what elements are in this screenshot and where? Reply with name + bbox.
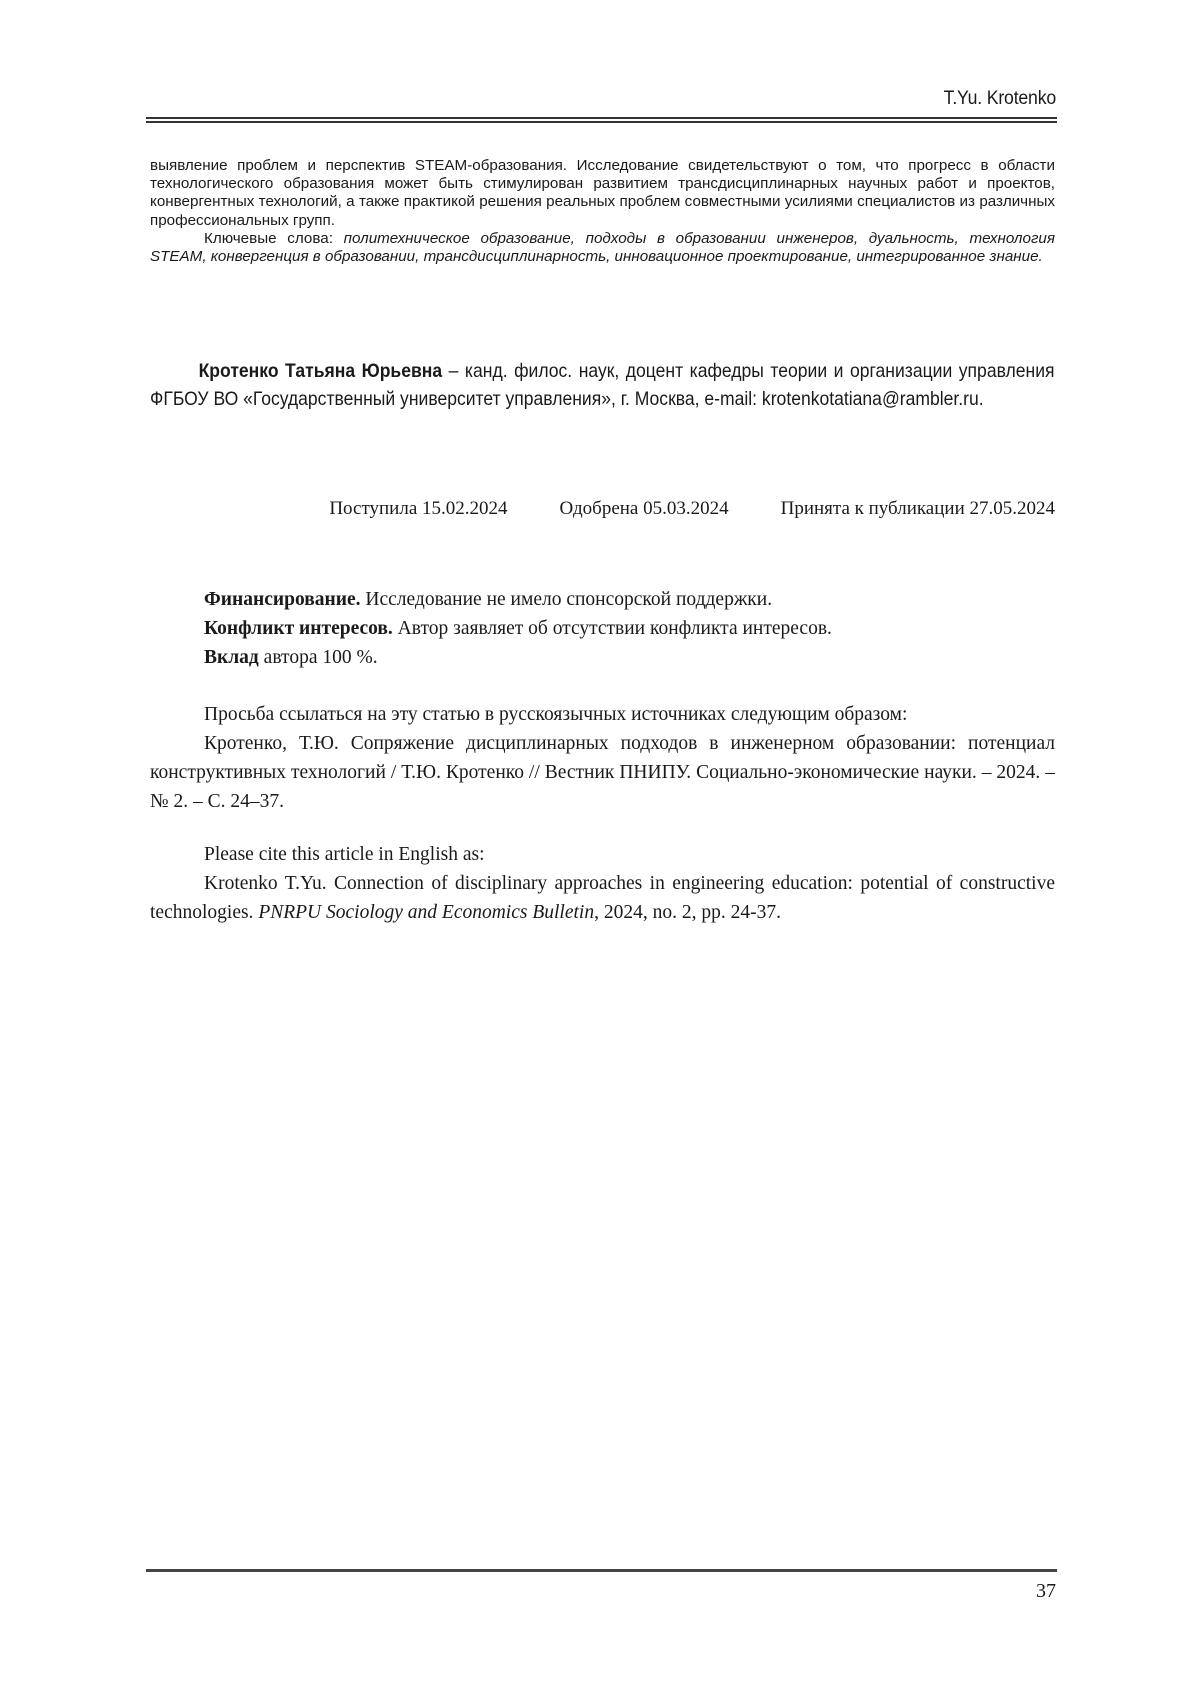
abstract-section: выявление проблем и перспектив STEAM-обр… — [150, 157, 1055, 266]
footer-rule — [146, 1569, 1057, 1572]
citation-en-intro: Please cite this article in English as: — [150, 840, 1055, 869]
publication-dates: Поступила 15.02.2024 Одобрена 05.03.2024… — [150, 498, 1055, 520]
document-page: T.Yu. Krotenko выявление проблем и персп… — [0, 0, 1200, 1705]
citation-russian: Просьба ссылаться на эту статью в русско… — [150, 700, 1055, 816]
contribution-line: Вклад автора 100 %. — [204, 643, 832, 672]
author-info: Кротенко Татьяна Юрьевна – канд. филос. … — [150, 358, 1055, 413]
funding-line: Финансирование. Исследование не имело сп… — [204, 585, 832, 614]
keywords-label: Ключевые слова: — [204, 230, 344, 247]
page-number: 37 — [146, 1580, 1056, 1603]
date-received: Поступила 15.02.2024 — [329, 498, 507, 520]
funding-text: Исследование не имело спонсорской поддер… — [361, 589, 773, 610]
date-accepted: Принята к публикации 27.05.2024 — [781, 498, 1055, 520]
header-double-rule — [146, 117, 1057, 123]
conflict-text: Автор заявляет об отсутствии конфликта и… — [393, 618, 832, 639]
citation-ru-reference: Кротенко, Т.Ю. Сопряжение дисциплинарных… — [150, 729, 1055, 816]
date-approved: Одобрена 05.03.2024 — [560, 498, 729, 520]
citation-ru-intro: Просьба ссылаться на эту статью в русско… — [150, 700, 1055, 729]
conflict-label: Конфликт интересов. — [204, 618, 393, 639]
citation-en-ref-end: , 2024, no. 2, pp. 24-37. — [594, 902, 781, 923]
abstract-text: выявление проблем и перспектив STEAM-обр… — [150, 157, 1055, 230]
contribution-label: Вклад — [204, 647, 259, 668]
author-name: Кротенко Татьяна Юрьевна — [199, 360, 443, 382]
citation-en-journal: PNRPU Sociology and Economics Bulletin — [258, 902, 594, 923]
running-head: T.Yu. Krotenko — [210, 88, 1056, 110]
conflict-line: Конфликт интересов. Автор заявляет об от… — [204, 614, 832, 643]
citation-en-reference: Krotenko T.Yu. Connection of disciplinar… — [150, 869, 1055, 927]
contribution-text: автора 100 %. — [259, 647, 378, 668]
article-info: Финансирование. Исследование не имело сп… — [204, 585, 832, 672]
citation-english: Please cite this article in English as: … — [150, 840, 1055, 927]
funding-label: Финансирование. — [204, 589, 361, 610]
keywords-paragraph: Ключевые слова: политехническое образова… — [150, 230, 1055, 266]
